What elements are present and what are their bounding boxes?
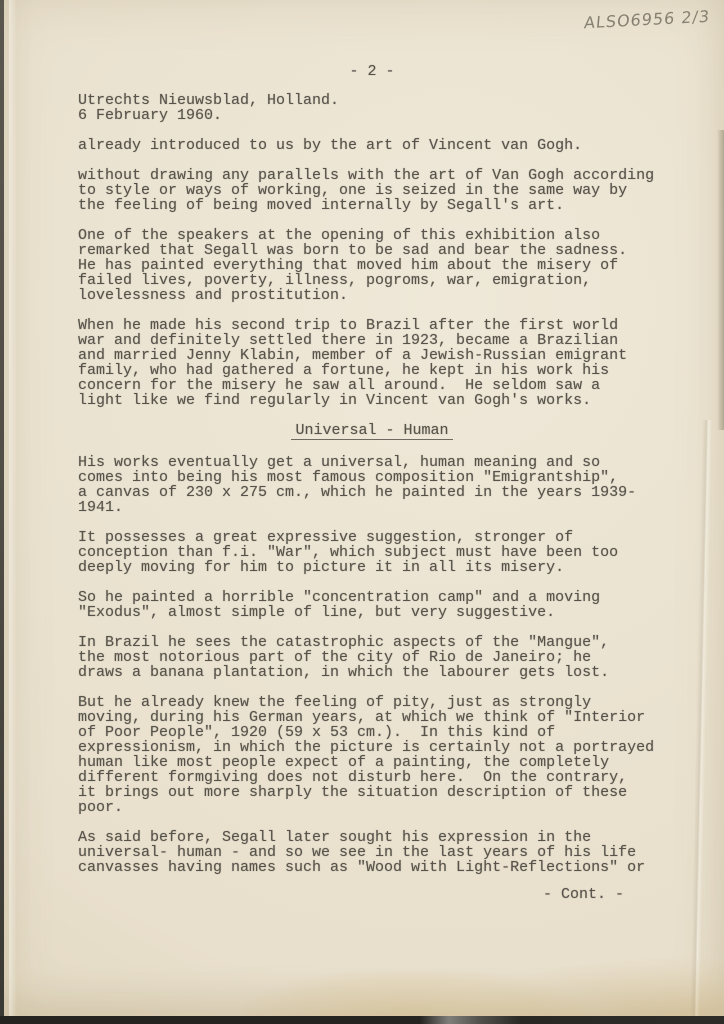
section-heading: Universal - Human bbox=[291, 423, 452, 440]
typewritten-content: - 2 - Utrechts Nieuwsblad, Holland. 6 Fe… bbox=[78, 0, 666, 902]
paper-stain-bottom-right bbox=[464, 956, 724, 1016]
paragraph: already introduced to us by the art of V… bbox=[78, 138, 666, 153]
scan-edge-bottom bbox=[0, 1016, 724, 1024]
paragraph: One of the speakers at the opening of th… bbox=[78, 228, 666, 303]
paragraph: As said before, Segall later sought his … bbox=[78, 830, 666, 875]
scan-edge-left bbox=[0, 0, 4, 1024]
paragraph: In Brazil he sees the catastrophic aspec… bbox=[78, 635, 666, 680]
page-number: - 2 - bbox=[78, 64, 666, 79]
paragraph: But he already knew the feeling of pity,… bbox=[78, 695, 666, 815]
paper-crease-right bbox=[690, 420, 712, 1016]
paragraph: without drawing any parallels with the a… bbox=[78, 168, 666, 213]
paragraph: It possesses a great expressive suggesti… bbox=[78, 530, 666, 575]
paragraph: So he painted a horrible "concentration … bbox=[78, 590, 666, 620]
paragraph: His works eventually get a universal, hu… bbox=[78, 455, 666, 515]
section-heading-row: Universal - Human bbox=[78, 423, 666, 440]
paragraph: When he made his second trip to Brazil a… bbox=[78, 318, 666, 408]
scanned-document-page: ALSO6956 2/3 - 2 - Utrechts Nieuwsblad, … bbox=[0, 0, 724, 1024]
paper-crease-left bbox=[9, 0, 17, 1016]
continuation-marker: - Cont. - bbox=[78, 887, 666, 902]
paper-crease-right-edge bbox=[717, 130, 724, 430]
source-dateline: Utrechts Nieuwsblad, Holland. 6 February… bbox=[78, 93, 666, 123]
